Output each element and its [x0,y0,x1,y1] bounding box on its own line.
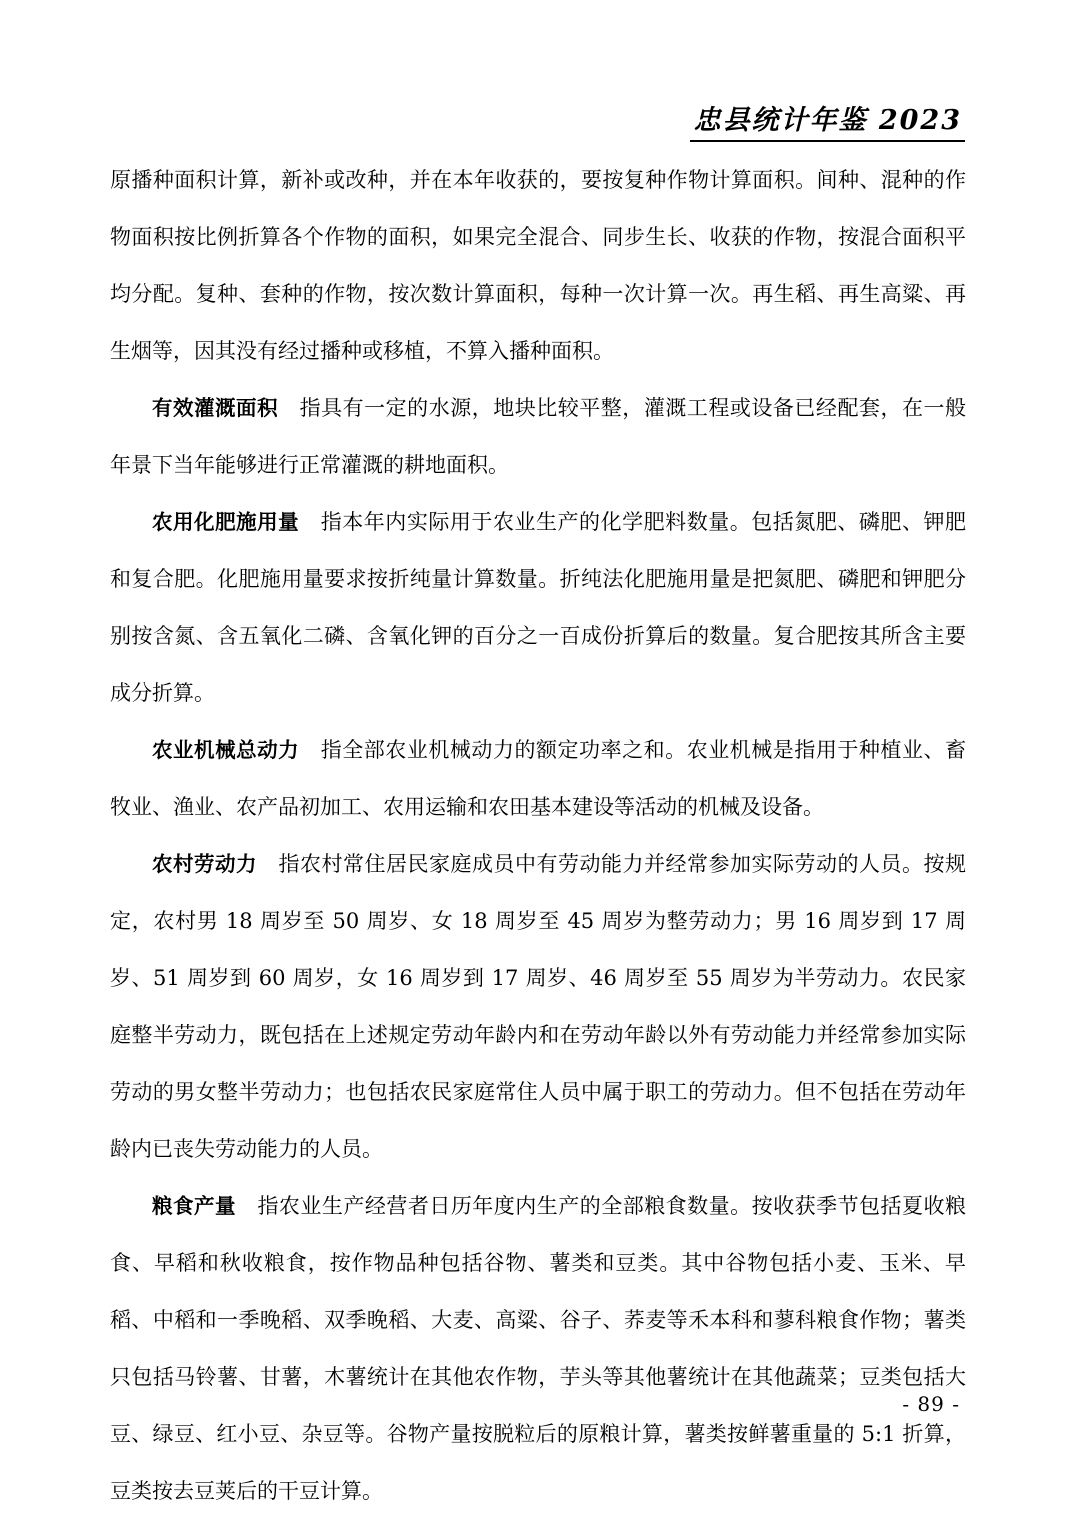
paragraph: 粮食产量 指农业生产经营者日历年度内生产的全部粮食数量。按收获季节包括夏收粮食、… [110,1178,966,1520]
term-label: 农用化肥施用量 [152,510,299,534]
paragraph: 有效灌溉面积 指具有一定的水源，地块比较平整，灌溉工程或设备已经配套，在一般年景… [110,380,966,494]
page-number: - 89 - [902,1392,960,1416]
document-body: 原播种面积计算，新补或改种，并在本年收获的，要按复种作物计算面积。间种、混种的作… [110,152,966,1520]
page-header-title: 忠县统计年鉴 2023 [690,98,965,142]
yearbook-page: 忠县统计年鉴 2023 原播种面积计算，新补或改种，并在本年收获的，要按复种作物… [0,0,1074,1520]
term-label: 农业机械总动力 [152,738,299,762]
paragraph: 农业机械总动力 指全部农业机械动力的额定功率之和。农业机械是指用于种植业、畜牧业… [110,722,966,836]
paragraph: 原播种面积计算，新补或改种，并在本年收获的，要按复种作物计算面积。间种、混种的作… [110,152,966,380]
term-label: 农村劳动力 [152,852,257,876]
paragraph: 农用化肥施用量 指本年内实际用于农业生产的化学肥料数量。包括氮肥、磷肥、钾肥和复… [110,494,966,722]
term-label: 有效灌溉面积 [152,396,278,420]
paragraph: 农村劳动力 指农村常住居民家庭成员中有劳动能力并经常参加实际劳动的人员。按规定，… [110,836,966,1178]
term-label: 粮食产量 [152,1194,236,1218]
